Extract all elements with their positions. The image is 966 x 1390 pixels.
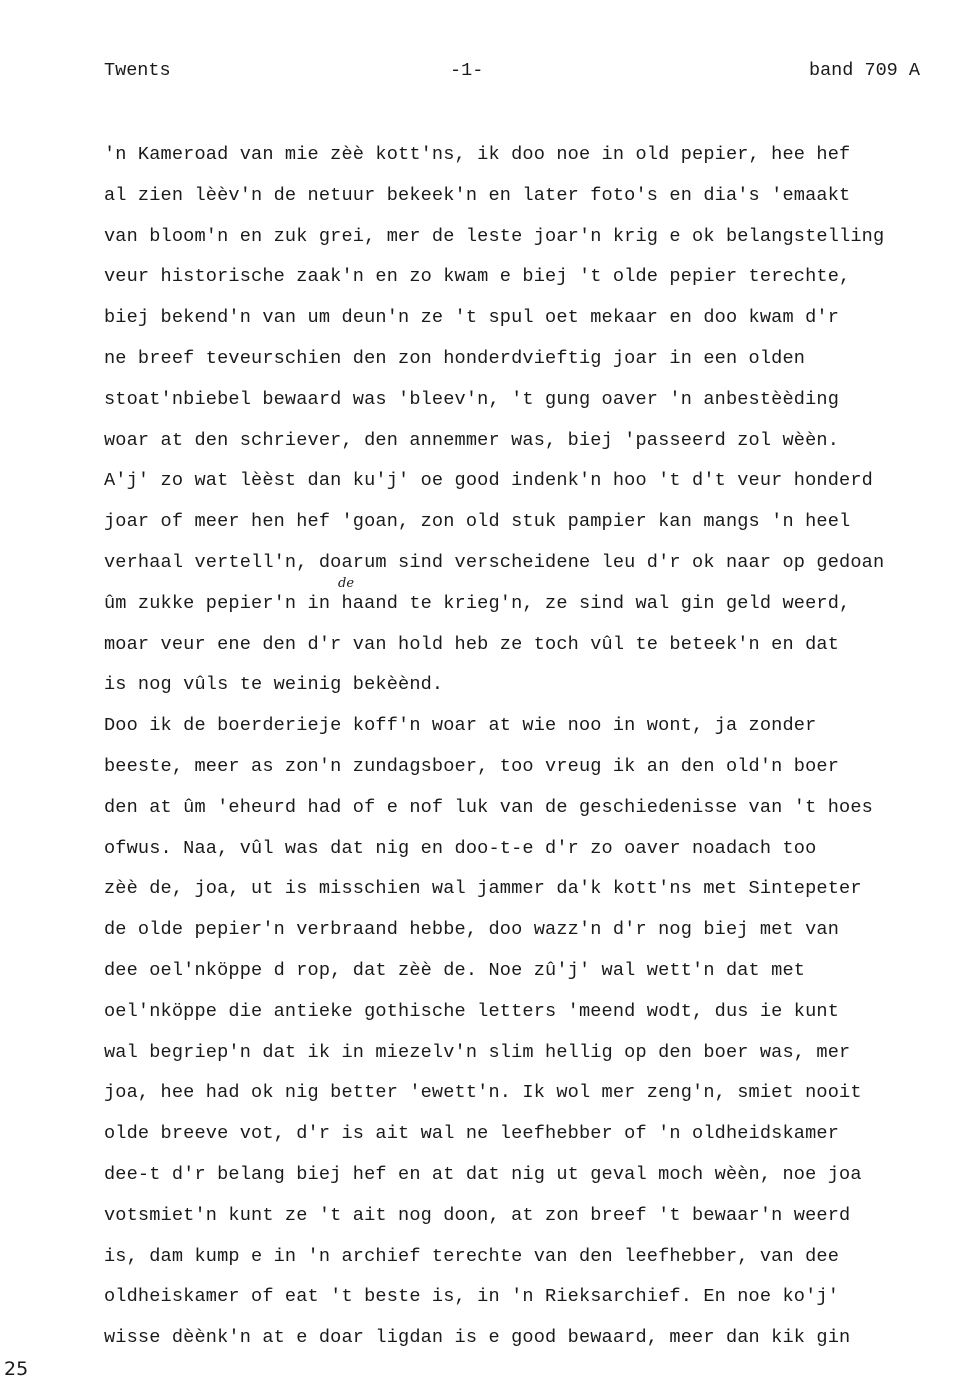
text-line: biej bekend'n van um deun'n ze 't spul o… <box>104 304 964 345</box>
text-line: verhaal vertell'n, doarum sind verscheid… <box>104 549 964 590</box>
text-line: votsmiet'n kunt ze 't ait nog doon, at z… <box>104 1202 964 1243</box>
text-line: olde breeve vot, d'r is ait wal ne leefh… <box>104 1120 964 1161</box>
text-line: oldheiskamer of eat 't beste is, in 'n R… <box>104 1283 964 1324</box>
text-line: ûm zukke pepier'n in haand te krieg'n, z… <box>104 590 964 631</box>
text-line: Doo ik de boerderieje koff'n woar at wie… <box>104 712 964 753</box>
typed-text-body: 'n Kameroad van mie zèè kott'ns, ik doo … <box>104 141 964 1365</box>
tape-reference: band 709 A <box>809 60 920 81</box>
text-line: is, dam kump e in 'n archief terechte va… <box>104 1243 964 1284</box>
text-line: veur historische zaak'n en zo kwam e bie… <box>104 263 964 304</box>
text-line: wal begriep'n dat ik in miezelv'n slim h… <box>104 1039 964 1080</box>
text-line: al zien lèèv'n de netuur bekeek'n en lat… <box>104 182 964 223</box>
page-number: -1- <box>450 60 483 81</box>
text-line: 'n Kameroad van mie zèè kott'ns, ik doo … <box>104 141 964 182</box>
text-line: stoat'nbiebel bewaard was 'bleev'n, 't g… <box>104 386 964 427</box>
text-line: ne breef teveurschien den zon honderdvie… <box>104 345 964 386</box>
text-line: is nog vûls te weinig bekèènd. <box>104 671 964 712</box>
page-header: Twents -1- band 709 A <box>104 60 920 84</box>
text-line: dee-t d'r belang biej hef en at dat nig … <box>104 1161 964 1202</box>
text-line: joa, hee had ok nig better 'ewett'n. Ik … <box>104 1079 964 1120</box>
header-dialect: Twents <box>104 60 171 81</box>
text-line: joar of meer hen hef 'goan, zon old stuk… <box>104 508 964 549</box>
text-line: A'j' zo wat lèèst dan ku'j' oe good inde… <box>104 467 964 508</box>
text-line: zèè de, joa, ut is misschien wal jammer … <box>104 875 964 916</box>
text-line: woar at den schriever, den annemmer was,… <box>104 427 964 468</box>
text-line: ofwus. Naa, vûl was dat nig en doo-t-e d… <box>104 835 964 876</box>
text-line: moar veur ene den d'r van hold heb ze to… <box>104 631 964 672</box>
text-line: wisse dèènk'n at e doar ligdan is e good… <box>104 1324 964 1365</box>
text-line: de olde pepier'n verbraand hebbe, doo wa… <box>104 916 964 957</box>
text-line: van bloom'n en zuk grei, mer de leste jo… <box>104 223 964 264</box>
text-line: beeste, meer as zon'n zundagsboer, too v… <box>104 753 964 794</box>
text-line: den at ûm 'eheurd had of e nof luk van d… <box>104 794 964 835</box>
margin-number: 25 <box>4 1358 28 1380</box>
text-line: dee oel'nköppe d rop, dat zèè de. Noe zû… <box>104 957 964 998</box>
text-line: oel'nköppe die antieke gothische letters… <box>104 998 964 1039</box>
